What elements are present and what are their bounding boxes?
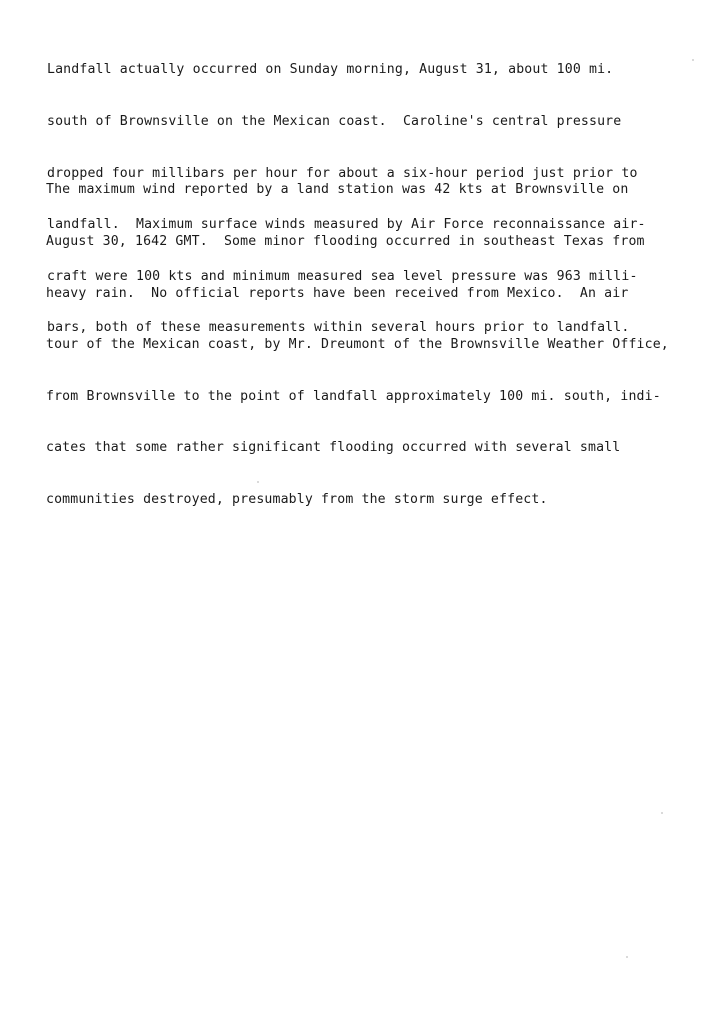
- text-line: heavy rain. No official reports have bee…: [46, 285, 669, 302]
- paragraph-wind-and-flooding: The maximum wind reported by a land stat…: [46, 147, 669, 543]
- text-line: communities destroyed, presumably from t…: [46, 491, 669, 508]
- text-line: cates that some rather significant flood…: [46, 439, 669, 456]
- text-line: August 30, 1642 GMT. Some minor flooding…: [46, 233, 669, 250]
- scan-speck: [626, 956, 628, 958]
- text-line: The maximum wind reported by a land stat…: [46, 181, 669, 198]
- document-page: Landfall actually occurred on Sunday mor…: [0, 0, 718, 1012]
- text-line: Landfall actually occurred on Sunday mor…: [47, 61, 646, 78]
- scan-speck: [692, 59, 694, 61]
- scan-speck: [257, 481, 259, 483]
- text-line: tour of the Mexican coast, by Mr. Dreumo…: [46, 336, 669, 353]
- text-line: from Brownsville to the point of landfal…: [46, 388, 669, 405]
- scan-speck: [661, 812, 663, 814]
- text-line: south of Brownsville on the Mexican coas…: [47, 113, 646, 130]
